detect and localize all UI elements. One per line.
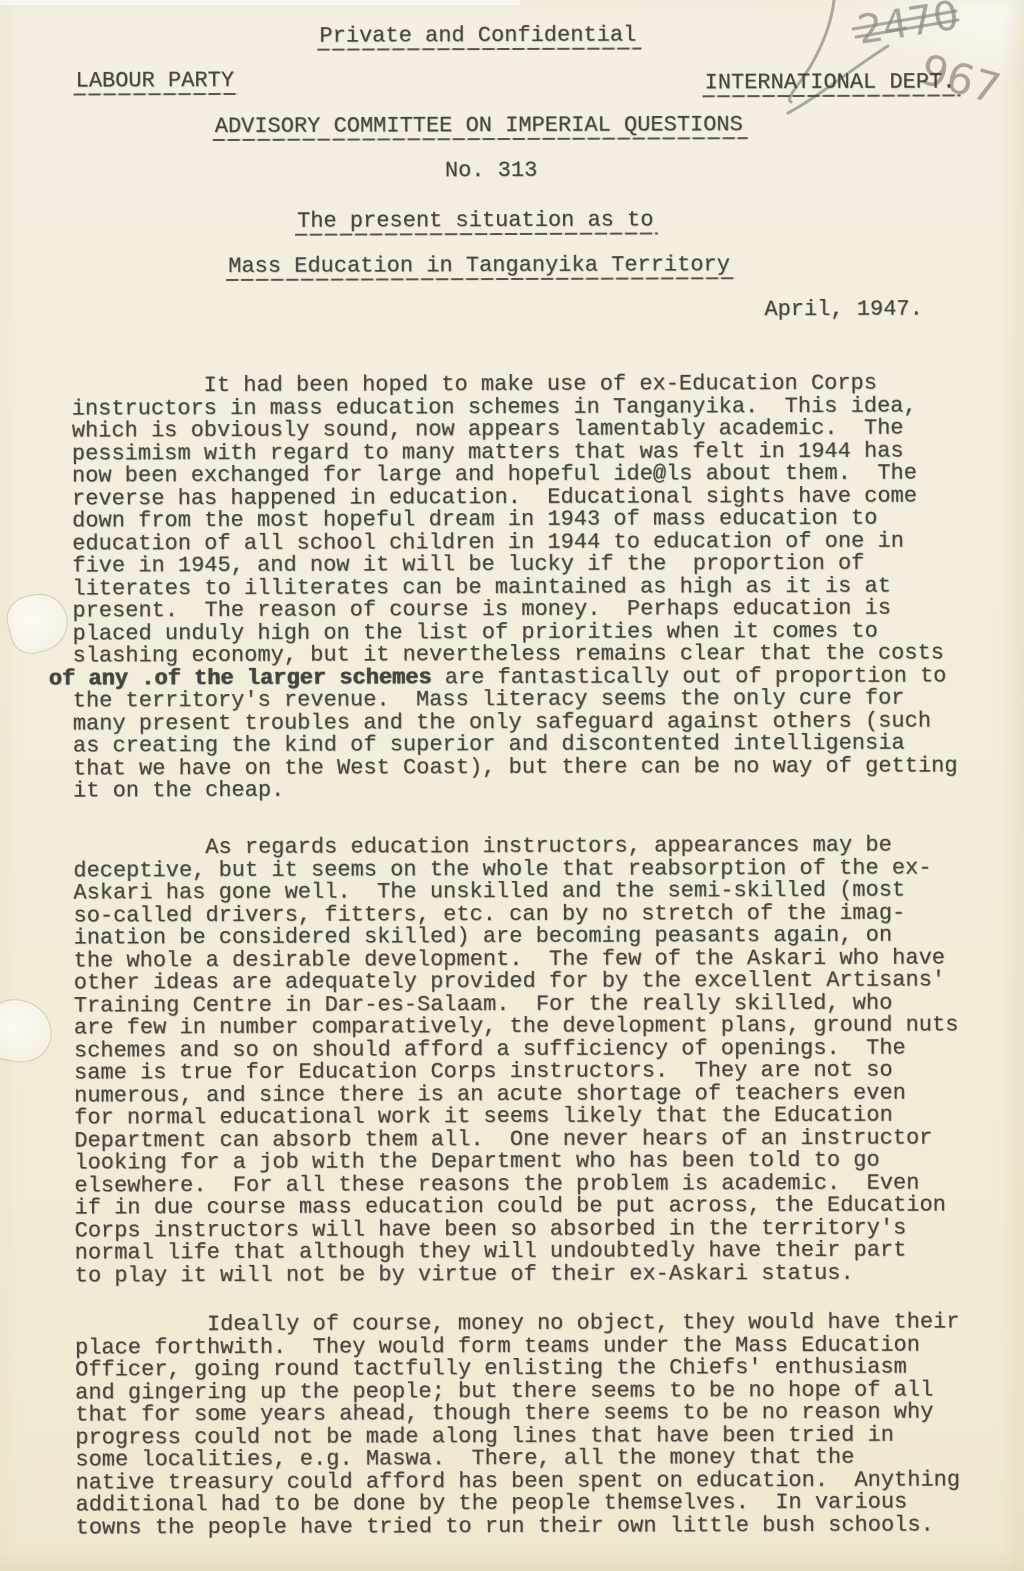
text-line: it on the cheap. — [73, 777, 958, 803]
paragraph: As regards education instructors, appear… — [73, 834, 959, 1287]
text-line: to play it will not be by virtue of thei… — [75, 1262, 960, 1288]
typed-content: Private and Confidential LABOUR PARTY IN… — [0, 0, 1024, 1571]
document-page: 2470 967 Private and Confidential LABOUR… — [0, 0, 1024, 1571]
document-body: It had been hoped to make use of ex-Educ… — [0, 0, 1024, 1571]
text-line: that we have on the West Coast), but the… — [73, 755, 958, 781]
text-line: towns the people have tried to run their… — [76, 1514, 961, 1540]
paragraph: It had been hoped to make use of ex-Educ… — [72, 372, 958, 803]
paragraph: Ideally of course, money no object, they… — [75, 1311, 960, 1539]
